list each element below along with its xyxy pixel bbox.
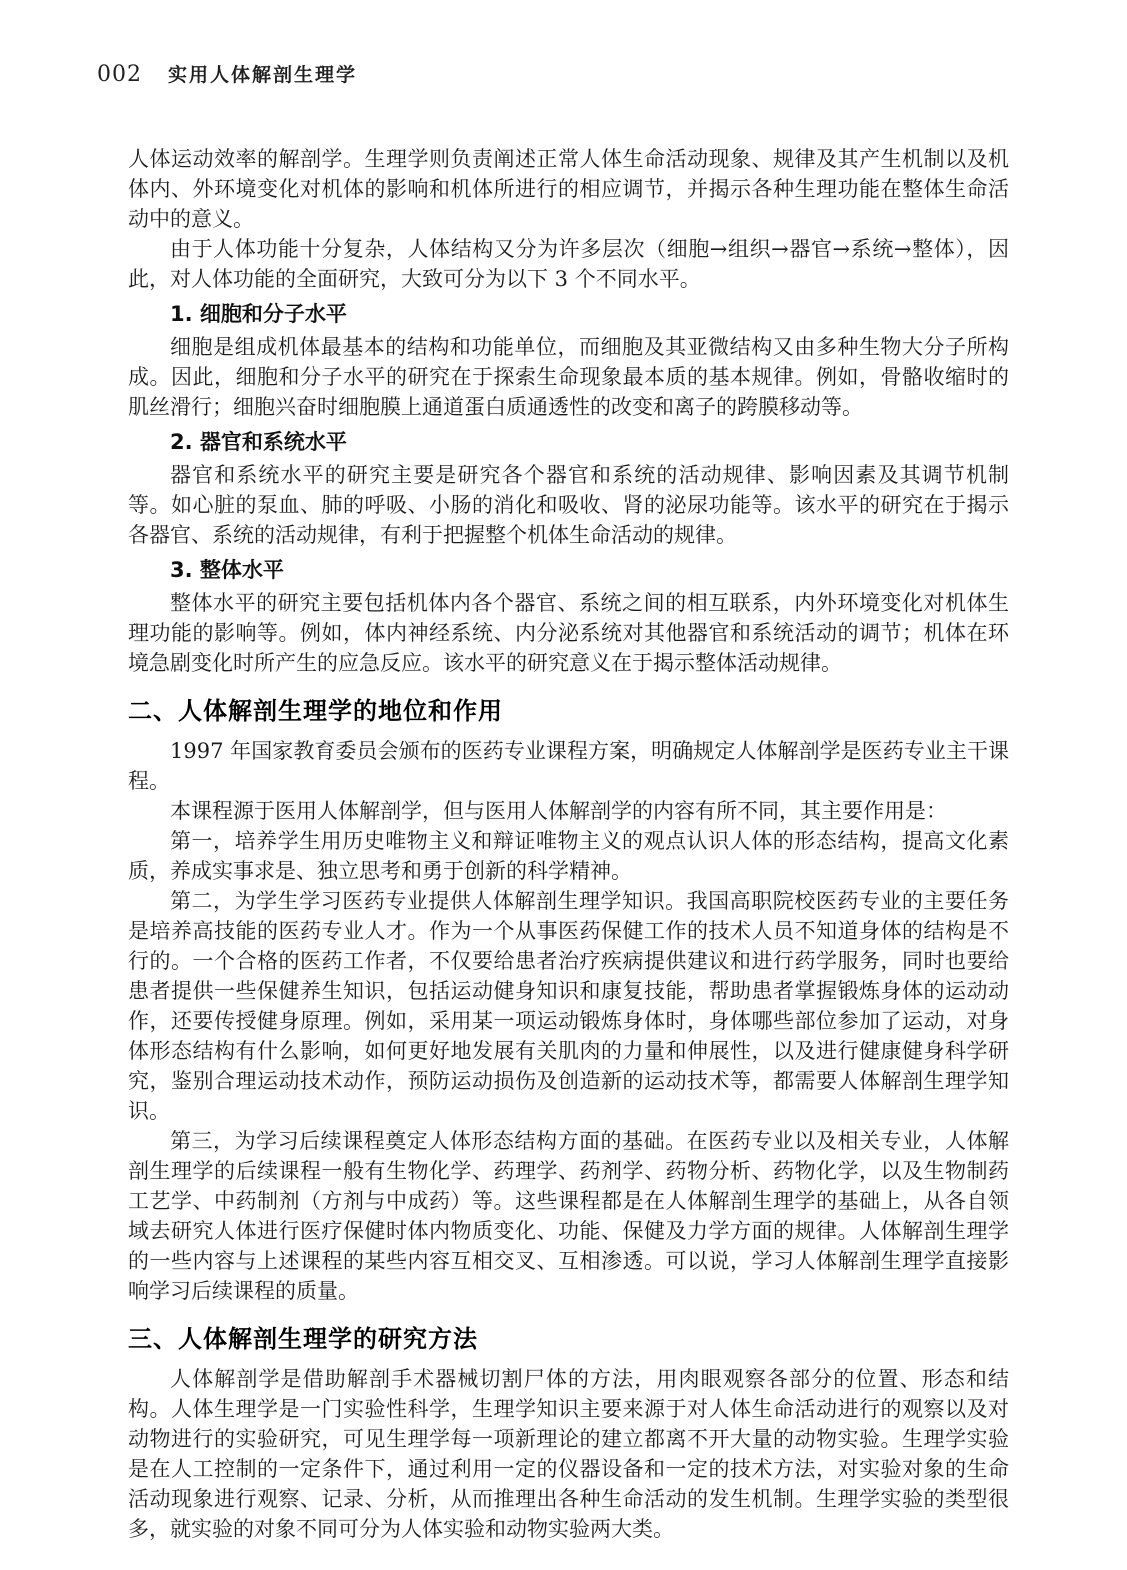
body-paragraph: 器官和系统水平的研究主要是研究各个器官和系统的活动规律、影响因素及其调节机制等。… xyxy=(128,460,1009,550)
body-paragraph: 人体运动效率的解剖学。生理学则负责阐述正常人体生命活动现象、规律及其产生机制以及… xyxy=(128,144,1009,234)
body-paragraph: 人体解剖学是借助解剖手术器械切割尸体的方法，用肉眼观察各部分的位置、形态和结构。… xyxy=(128,1364,1009,1544)
body-paragraph: 本课程源于医用人体解剖学，但与医用人体解剖学的内容有所不同，其主要作用是： xyxy=(128,796,1009,826)
body-paragraph: 1997 年国家教育委员会颁布的医药专业课程方案，明确规定人体解剖学是医药专业主… xyxy=(128,736,1009,796)
page-number: 002 xyxy=(97,62,142,87)
section-heading: 二、人体解剖生理学的地位和作用 xyxy=(128,694,1009,728)
body-paragraph: 第二，为学生学习医药专业提供人体解剖生理学知识。我国高职院校医药专业的主要任务是… xyxy=(128,886,1009,1126)
body-paragraph: 第一，培养学生用历史唯物主义和辩证唯物主义的观点认识人体的形态结构，提高文化素质… xyxy=(128,826,1009,886)
document-page: 002 实用人体解剖生理学 人体运动效率的解剖学。生理学则负责阐述正常人体生命活… xyxy=(0,0,1127,1570)
section-heading: 三、人体解剖生理学的研究方法 xyxy=(128,1322,1009,1356)
body-paragraph: 细胞是组成机体最基本的结构和功能单位，而细胞及其亚微结构又由多种生物大分子所构成… xyxy=(128,332,1009,422)
body-paragraph: 由于人体功能十分复杂，人体结构又分为许多层次（细胞→组织→器官→系统→整体），因… xyxy=(128,234,1009,294)
sub-heading: 3. 整体水平 xyxy=(128,555,1009,585)
sub-heading: 1. 细胞和分子水平 xyxy=(128,299,1009,329)
page-header: 002 实用人体解剖生理学 xyxy=(97,60,357,87)
document-body: 人体运动效率的解剖学。生理学则负责阐述正常人体生命活动现象、规律及其产生机制以及… xyxy=(128,144,1009,1544)
body-paragraph: 整体水平的研究主要包括机体内各个器官、系统之间的相互联系，内外环境变化对机体生理… xyxy=(128,588,1009,678)
book-title: 实用人体解剖生理学 xyxy=(168,60,357,87)
sub-heading: 2. 器官和系统水平 xyxy=(128,427,1009,457)
body-paragraph: 第三，为学习后续课程奠定人体形态结构方面的基础。在医药专业以及相关专业，人体解剖… xyxy=(128,1126,1009,1306)
